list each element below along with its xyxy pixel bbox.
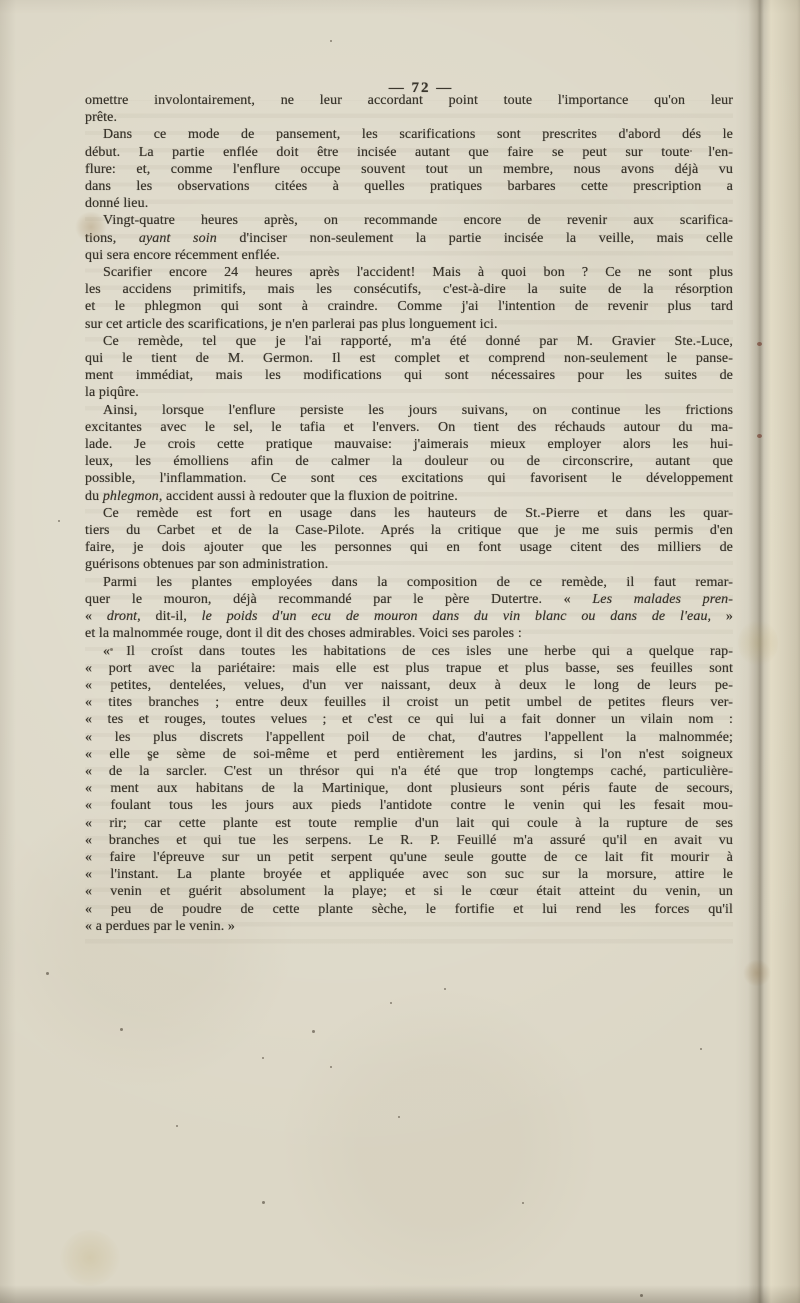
- text-line: « petites, dentelées, velues, d'un ver n…: [85, 677, 733, 694]
- text-line: faire, je dois ajouter que les personnes…: [85, 539, 733, 556]
- paper-speck: [444, 988, 446, 990]
- text-line: la piqûre.: [85, 384, 733, 401]
- paper-stain: [60, 1230, 120, 1286]
- paper-speck: [58, 520, 60, 522]
- text-line: début. La partie enflée doit être incisé…: [85, 144, 733, 161]
- text-line: « de la sarcler. C'est un thrésor qui n'…: [85, 763, 733, 780]
- text-line: Ce remède, tel que je l'ai rapporté, m'a…: [85, 333, 733, 350]
- paper-speck: [176, 1125, 178, 1127]
- text-line: tions, ayant soin d'inciser non-seulemen…: [85, 230, 733, 247]
- paper-speck: [120, 1028, 123, 1031]
- paper-speck: [522, 1202, 524, 1204]
- text-line: « tites branches ; entre deux feuilles i…: [85, 694, 733, 711]
- text-line: « a perdues par le venin. »: [85, 918, 733, 935]
- text-line: Parmi les plantes employées dans la comp…: [85, 574, 733, 591]
- text-line: « venin et guérit absolument la playe; e…: [85, 883, 733, 900]
- text-line: « rir; car cette plante est toute rempli…: [85, 815, 733, 832]
- text-line: « peu de poudre de cette plante sèche, l…: [85, 901, 733, 918]
- text-line: donné lieu.: [85, 195, 733, 212]
- paper-speck: [398, 1116, 400, 1118]
- text-line: « foulant tous les jours aux pieds l'ant…: [85, 797, 733, 814]
- text-line: « tes et rouges, toutes velues ; et c'es…: [85, 711, 733, 728]
- paper-speck: [330, 1066, 332, 1068]
- scanned-book-page: — 72 — omettre involontairement, ne leur…: [0, 0, 800, 1303]
- paper-speck: [312, 1030, 315, 1033]
- paper-speck: [148, 757, 152, 761]
- text-line: « faire l'épreuve sur un petit serpent q…: [85, 849, 733, 866]
- text-line: dans les observations citées à quelles p…: [85, 178, 733, 195]
- paper-speck: [390, 1002, 392, 1004]
- text-line: « elle se sème de soi-même et perd entiè…: [85, 746, 733, 763]
- text-line: « branches et qui tue les serpens. Le R.…: [85, 832, 733, 849]
- text-line: possible, l'inflammation. Ce sont ces ex…: [85, 470, 733, 487]
- text-line: Vingt-quatre heures après, on recommande…: [85, 212, 733, 229]
- text-line: prête.: [85, 109, 733, 126]
- paper-speck: [110, 648, 113, 651]
- stitch-mark: [757, 342, 762, 346]
- text-line: ment immédiat, mais les modifications qu…: [85, 367, 733, 384]
- text-line: « l'instant. La plante broyée et appliqu…: [85, 866, 733, 883]
- text-line: leux, les émolliens afin de calmer la do…: [85, 453, 733, 470]
- text-line: et le phlegmon qui sont à craindre. Comm…: [85, 298, 733, 315]
- paper-speck: [640, 1294, 643, 1297]
- paper-speck: [262, 1201, 265, 1204]
- text-line: les accidens primitifs, mais les consécu…: [85, 281, 733, 298]
- text-line: excitantes avec le sel, le tafia et l'en…: [85, 419, 733, 436]
- text-block: omettre involontairement, ne leur accord…: [85, 92, 733, 935]
- text-line: et la malnommée rouge, dont il dit des c…: [85, 625, 733, 642]
- page-fold-shadow: [735, 0, 800, 1303]
- text-line: tiers du Carbet et de la Case-Pilote. Ap…: [85, 522, 733, 539]
- text-line: du phlegmon, accident aussi à redouter q…: [85, 488, 733, 505]
- text-line: quer le mouron, déjà recommandé par le p…: [85, 591, 733, 608]
- text-line: « Il croist dans toutes les habitations …: [85, 643, 733, 660]
- paper-speck: [330, 40, 332, 42]
- text-line: Ce remède est fort en usage dans les hau…: [85, 505, 733, 522]
- text-line: flure: et, comme l'enflure occupe souven…: [85, 161, 733, 178]
- text-line: « les plus discrets l'appellent poil de …: [85, 729, 733, 746]
- paper-speck: [262, 1057, 264, 1059]
- paper-speck: [700, 1048, 702, 1050]
- text-line: Scarifier encore 24 heures après l'accid…: [85, 264, 733, 281]
- stitch-mark: [757, 434, 762, 438]
- text-line: guérisons obtenues par son administratio…: [85, 556, 733, 573]
- paper-speck: [690, 150, 692, 152]
- text-line: qui sera encore récemment enflée.: [85, 247, 733, 264]
- text-line: « dront, dit-il, le poids d'un ecu de mo…: [85, 608, 733, 625]
- text-line: Dans ce mode de pansement, les scarifica…: [85, 126, 733, 143]
- paper-speck: [172, 645, 174, 647]
- text-line: omettre involontairement, ne leur accord…: [85, 92, 733, 109]
- text-line: « ment aux habitans de la Martinique, do…: [85, 780, 733, 797]
- text-line: qui le tient de M. Germon. Il est comple…: [85, 350, 733, 367]
- paper-speck: [46, 972, 49, 975]
- text-line: Ainsi, lorsque l'enflure persiste les jo…: [85, 402, 733, 419]
- text-line: sur cet article des scarifications, je n…: [85, 316, 733, 333]
- text-line: « port avec la pariétaire: mais elle est…: [85, 660, 733, 677]
- text-line: lade. Je crois cette pratique mauvaise: …: [85, 436, 733, 453]
